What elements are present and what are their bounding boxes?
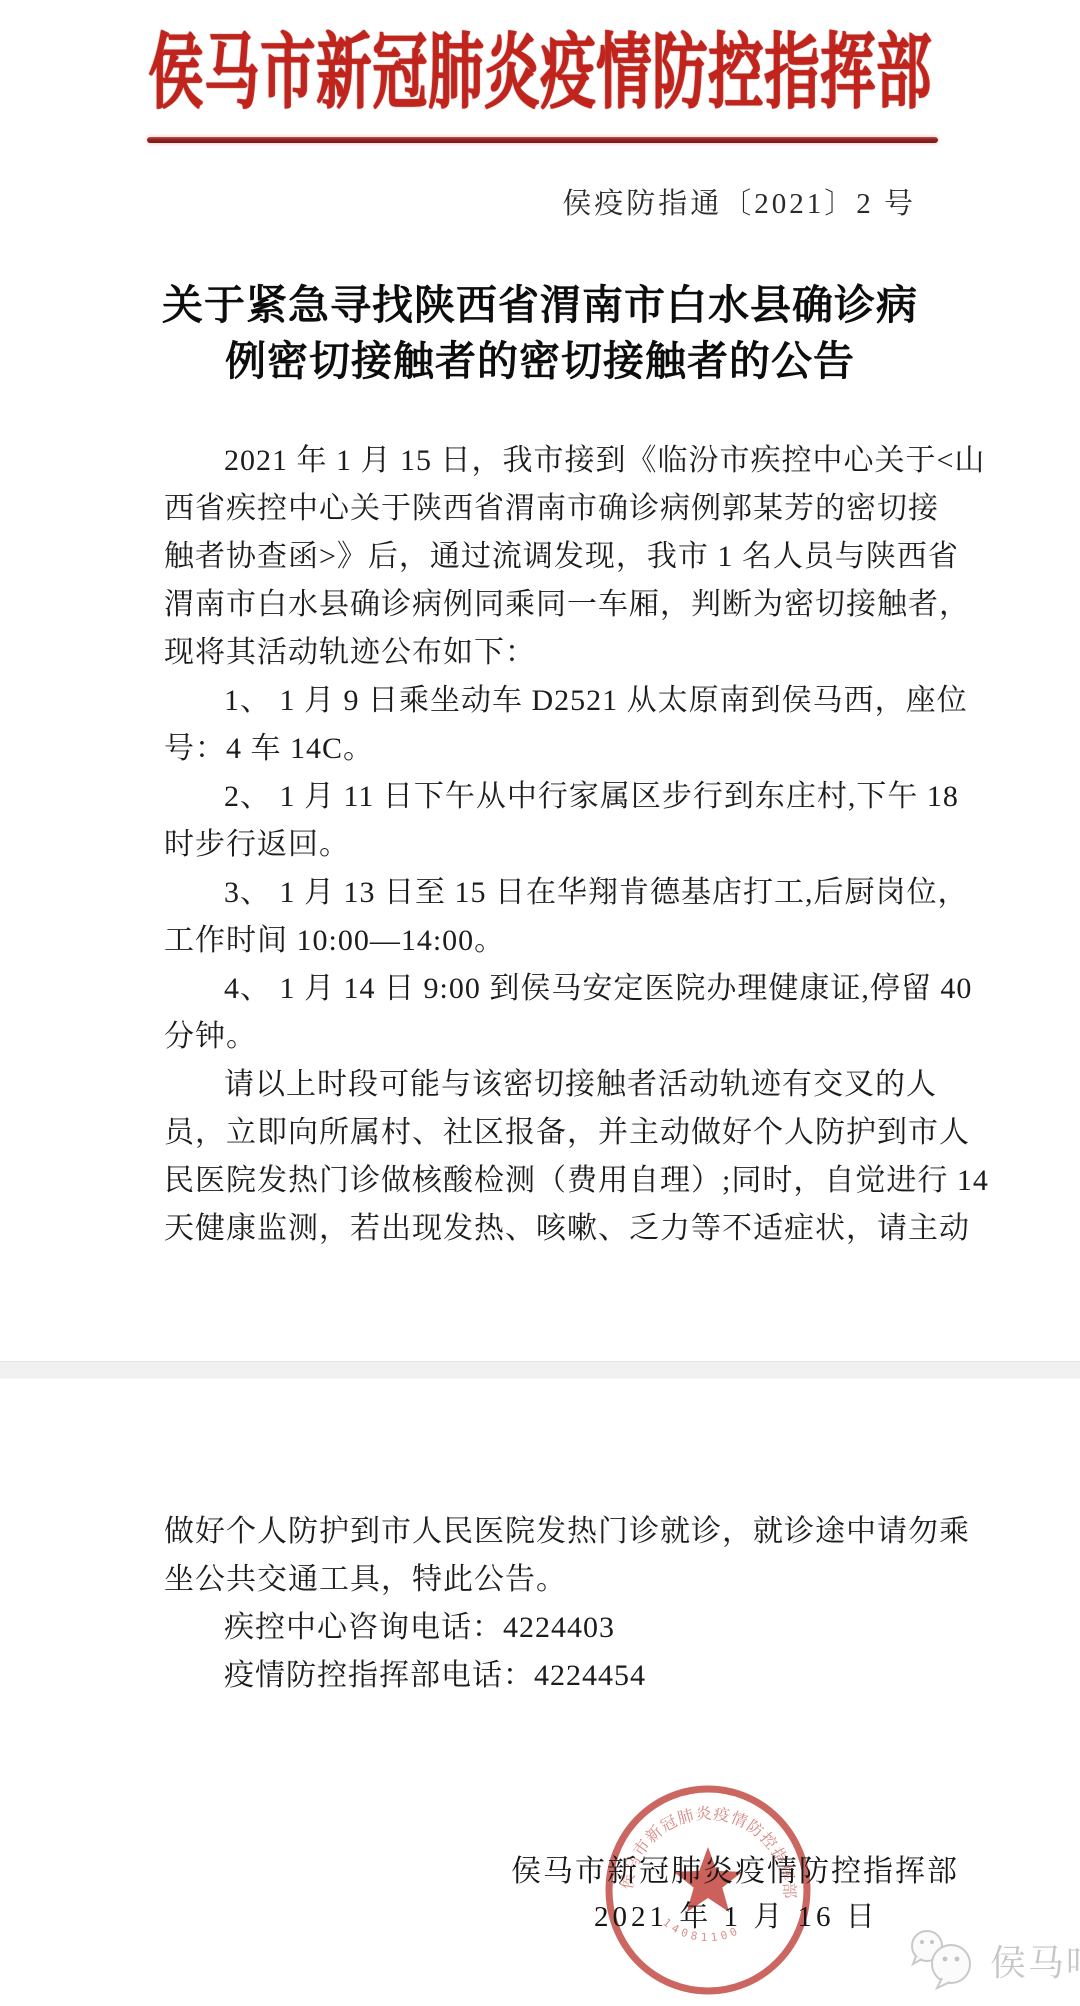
body-page1: 2021 年 1 月 15 日，我市接到《临汾市疾控中心关于<山 西省疾控中心关… — [164, 437, 964, 1253]
notice-title-line2: 例密切接触者的密切接触者的公告 — [0, 333, 1080, 389]
watermark: 侯马吧 — [906, 1928, 1080, 1992]
body-line: 触者协查函>》后，通过流调发现，我市 1 名人员与陕西省 — [164, 533, 964, 581]
phone-line-hq: 疫情防控指挥部电话：4224454 — [164, 1652, 964, 1700]
body-line: 渭南市白水县确诊病例同乘同一车厢，判断为密切接触者， — [164, 581, 964, 629]
notice-title-line1: 关于紧急寻找陕西省渭南市白水县确诊病 — [0, 277, 1080, 333]
letterhead-org-name: 侯马市新冠肺炎疫情防控指挥部 — [0, 6, 1080, 125]
body-line: 现将其活动轨迹公布如下： — [164, 629, 964, 677]
body-line: 天健康监测，若出现发热、咳嗽、乏力等不适症状，请主动 — [164, 1205, 964, 1253]
body-line: 分钟。 — [164, 1013, 964, 1061]
body-line: 做好个人防护到市人民医院发热门诊就诊，就诊途中请勿乘 — [164, 1508, 964, 1556]
signature-org: 侯马市新冠肺炎疫情防控指挥部 — [511, 1846, 959, 1890]
document-number: 侯疫防指通〔2021〕2 号 — [562, 181, 916, 222]
official-red-seal: 侯马市新冠肺炎疫情防控指挥部 14081100 — [602, 1783, 814, 1997]
chat-bubbles-icon — [906, 1928, 980, 1992]
body-line: 坐公共交通工具，特此公告。 — [164, 1556, 964, 1604]
body-line: 2021 年 1 月 15 日，我市接到《临汾市疾控中心关于<山 — [164, 437, 964, 485]
phone-line-cdc: 疾控中心咨询电话：4224403 — [164, 1604, 964, 1652]
notice-title: 关于紧急寻找陕西省渭南市白水县确诊病 例密切接触者的密切接触者的公告 — [0, 277, 1080, 389]
body-line: 号：4 车 14C。 — [164, 725, 964, 773]
watermark-label: 侯马吧 — [990, 1935, 1080, 1986]
body-line: 3、 1 月 13 日至 15 日在华翔肯德基店打工,后厨岗位， — [164, 869, 964, 917]
page-break-divider — [0, 1361, 1080, 1379]
body-line: 工作时间 10:00—14:00。 — [164, 917, 964, 965]
letterhead-rule — [147, 137, 938, 143]
body-line: 请以上时段可能与该密切接触者活动轨迹有交叉的人 — [164, 1061, 964, 1109]
body-line: 1、 1 月 9 日乘坐动车 D2521 从太原南到侯马西，座位 — [164, 677, 964, 725]
body-line: 员，立即向所属村、社区报备，并主动做好个人防护到市人 — [164, 1109, 964, 1157]
body-line: 时步行返回。 — [164, 821, 964, 869]
body-line: 民医院发热门诊做核酸检测（费用自理）;同时，自觉进行 14 — [164, 1157, 964, 1205]
signature-date: 2021 年 1 月 16 日 — [594, 1894, 879, 1935]
body-page2: 做好个人防护到市人民医院发热门诊就诊，就诊途中请勿乘 坐公共交通工具，特此公告。… — [164, 1508, 964, 1700]
body-line: 4、 1 月 14 日 9:00 到侯马安定医院办理健康证,停留 40 — [164, 965, 964, 1013]
official-notice-document: 侯马市新冠肺炎疫情防控指挥部 侯疫防指通〔2021〕2 号 关于紧急寻找陕西省渭… — [0, 0, 1080, 2006]
body-line: 西省疾控中心关于陕西省渭南市确诊病例郭某芳的密切接 — [164, 485, 964, 533]
body-line: 2、 1 月 11 日下午从中行家属区步行到东庄村,下午 18 — [164, 773, 964, 821]
